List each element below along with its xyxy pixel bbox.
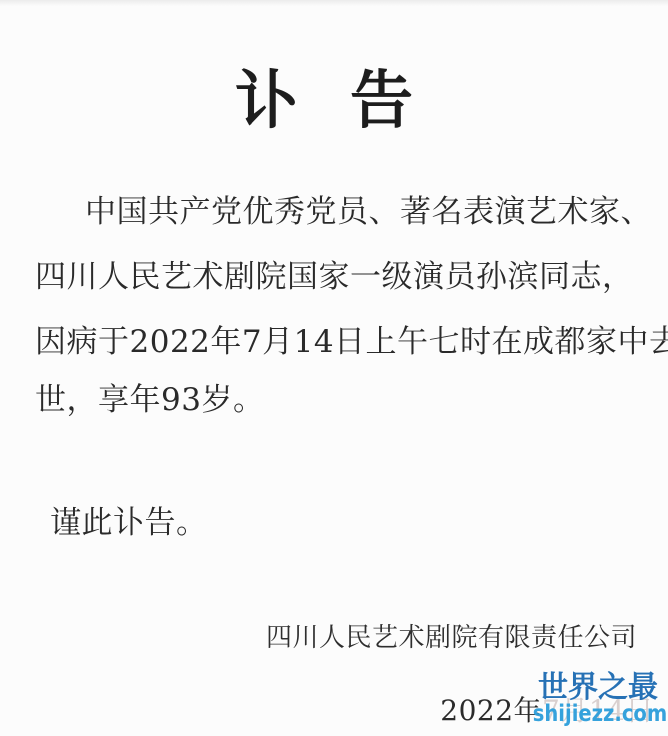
obituary-closing-line: 谨此讣告。: [50, 503, 208, 543]
date-visible-part: 2022年: [440, 694, 542, 727]
obituary-document: 讣 告 中国共产党优秀党员、著名表演艺术家、 四川人民艺术剧院国家一级演员孙滨同…: [0, 0, 668, 736]
obituary-body-line-2: 四川人民艺术剧院国家一级演员孙滨同志，: [35, 257, 634, 297]
obituary-body-line-3: 因病于2022年7月14日上午七时在成都家中去: [35, 322, 668, 362]
date-obscured-part: 7月14日: [542, 694, 654, 727]
obituary-title: 讣 告: [0, 66, 659, 135]
date-line: 2022年7月14日: [440, 694, 654, 728]
obituary-body-line-4: 世，享年93岁。: [35, 380, 264, 420]
issuer-signature: 四川人民艺术剧院有限责任公司: [0, 622, 637, 656]
obituary-body-line-1: 中国共产党优秀党员、著名表演艺术家、: [85, 192, 652, 232]
